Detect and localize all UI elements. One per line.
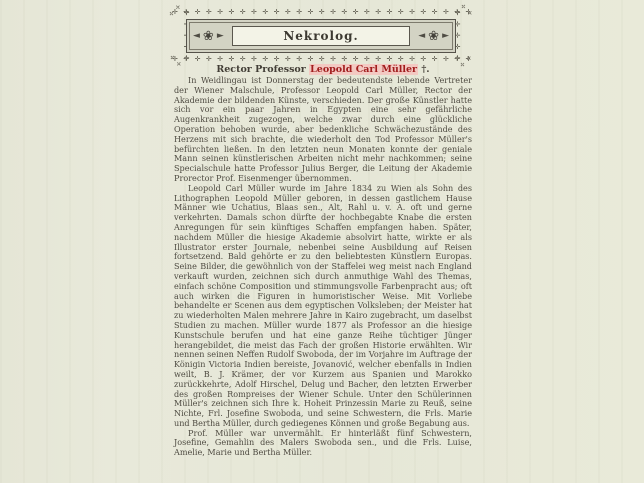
ornament-frame: ◄ ❀ ► Nekrolog. ◄ ❀ ► [186,19,456,53]
section-title-nekrolog: Nekrolog. [232,26,411,46]
heading-prefix: Rector Professor [216,64,309,75]
arrow-right-icon: ► [442,32,449,41]
arrow-left-icon: ◄ [193,32,200,41]
heading-suffix: †. [418,64,430,75]
article-body: In Weidlingau ist Donnerstag der bedeute… [174,76,472,458]
heading-search-highlight: Leopold Carl Müller [309,64,418,75]
ornament-header-box: ✛ ✛ ✛ ✛ ✛ ✛ ✛ ✛ ✛ ✛ ✛ ✛ ✛ ✛ ✛ ✛ ✛ ✛ ✛ ✛ … [172,9,470,63]
paragraph-2: Leopold Carl Müller wurde im Jahre 1834 … [174,184,472,429]
paragraph-1: In Weidlingau ist Donnerstag der bedeute… [174,76,472,184]
arrow-right-icon: ► [217,32,224,41]
ornament-right-group: ◄ ❀ ► [412,30,455,43]
rosette-icon: ❀ [428,30,439,43]
rosette-icon: ❀ [203,30,214,43]
cross-border-bottom-icon: ✛ ✛ ✛ ✛ ✛ ✛ ✛ ✛ ✛ ✛ ✛ ✛ ✛ ✛ ✛ ✛ ✛ ✛ ✛ ✛ … [172,56,470,63]
cross-border-top-icon: ✛ ✛ ✛ ✛ ✛ ✛ ✛ ✛ ✛ ✛ ✛ ✛ ✛ ✛ ✛ ✛ ✛ ✛ ✛ ✛ … [172,9,470,16]
scanned-newspaper-page: ✛ ✛ ✛ ✛ ✛ ✛ ✛ ✛ ✛ ✛ ✛ ✛ ✛ ✛ ✛ ✛ ✛ ✛ ✛ ✛ … [0,0,644,483]
arrow-left-icon: ◄ [418,32,425,41]
obituary-article: Rector Professor Leopold Carl Müller †. … [174,64,472,458]
ornament-left-group: ◄ ❀ ► [187,30,230,43]
paragraph-3: Prof. Müller war unvermählt. Er hinterlä… [174,429,472,458]
